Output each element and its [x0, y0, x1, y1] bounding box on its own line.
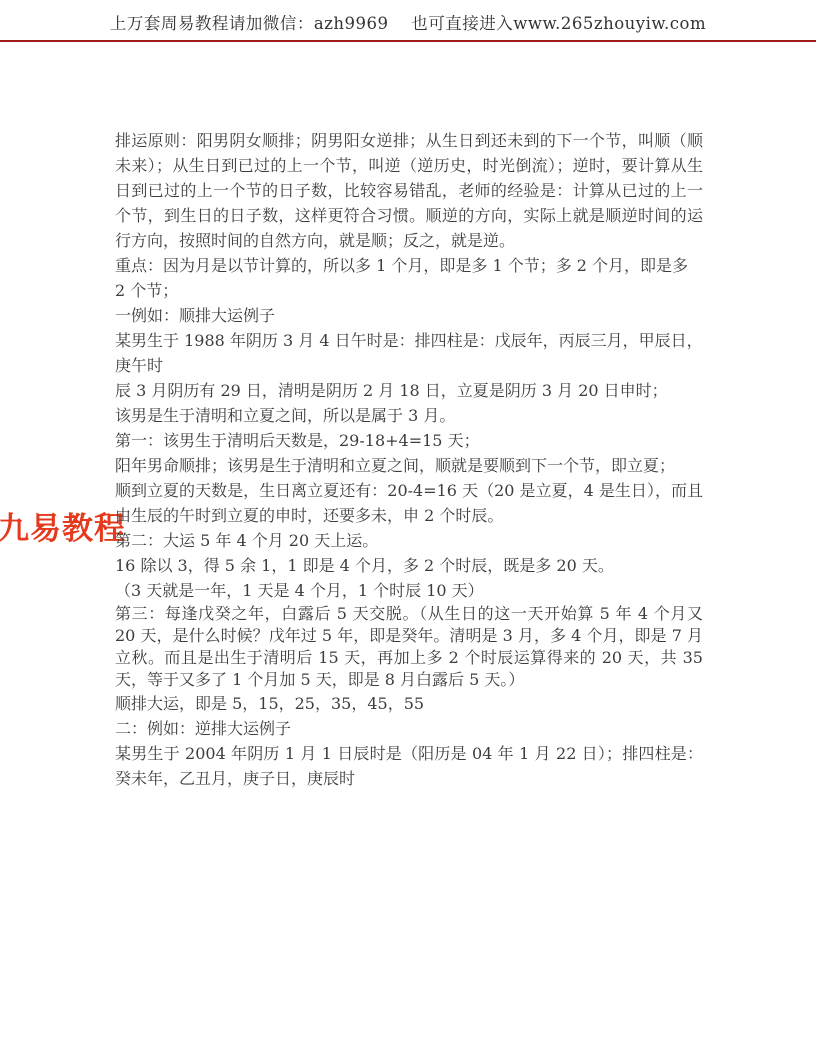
paragraph: 重点：因为月是以节计算的，所以多 1 个月，即是多 1 个节；多 2 个月，即是…	[115, 253, 703, 303]
paragraph: 顺排大运，即是 5，15，25，35，45，55	[115, 691, 703, 716]
paragraph: 第三：每逢戊癸之年，白露后 5 天交脱。（从生日的这一天开始算 5 年 4 个月…	[115, 603, 703, 691]
header-divider-line	[0, 40, 816, 42]
paragraph: 某男生于 1988 年阴历 3 月 4 日午时是：排四柱是：戊辰年，丙辰三月，甲…	[115, 328, 703, 378]
paragraph: 排运原则：阳男阴女顺排；阴男阳女逆排；从生日到还未到的下一个节，叫顺（顺未来）；…	[115, 128, 703, 253]
paragraph: 二：例如：逆排大运例子	[115, 716, 703, 741]
paragraph: 顺到立夏的天数是，生日离立夏还有：20-4=16 天（20 是立夏，4 是生日）…	[115, 478, 703, 528]
paragraph: 一例如：顺排大运例子	[115, 303, 703, 328]
paragraph: （3 天就是一年，1 天是 4 个月，1 个时辰 10 天）	[115, 578, 703, 603]
page-header: 上万套周易教程请加微信：azh9969 也可直接进入www.265zhouyiw…	[0, 10, 816, 34]
document-page: 上万套周易教程请加微信：azh9969 也可直接进入www.265zhouyiw…	[0, 0, 816, 1056]
paragraph: 某男生于 2004 年阴历 1 月 1 日辰时是（阳历是 04 年 1 月 22…	[115, 741, 703, 791]
watermark-text: 九易教程	[0, 511, 126, 547]
paragraph: 16 除以 3，得 5 余 1，1 即是 4 个月，多 2 个时辰，既是多 20…	[115, 553, 703, 578]
paragraph: 阳年男命顺排；该男是生于清明和立夏之间，顺就是要顺到下一个节，即立夏；	[115, 453, 703, 478]
header-text: 上万套周易教程请加微信：azh9969 也可直接进入www.265zhouyiw…	[110, 14, 706, 33]
paragraph: 该男是生于清明和立夏之间，所以是属于 3 月。	[115, 403, 703, 428]
paragraph: 第一：该男生于清明后天数是，29-18+4=15 天；	[115, 428, 703, 453]
paragraph: 辰 3 月阴历有 29 日，清明是阴历 2 月 18 日，立夏是阴历 3 月 2…	[115, 378, 703, 403]
document-body: 排运原则：阳男阴女顺排；阴男阳女逆排；从生日到还未到的下一个节，叫顺（顺未来）；…	[115, 128, 703, 791]
paragraph: 第二：大运 5 年 4 个月 20 天上运。	[115, 528, 703, 553]
